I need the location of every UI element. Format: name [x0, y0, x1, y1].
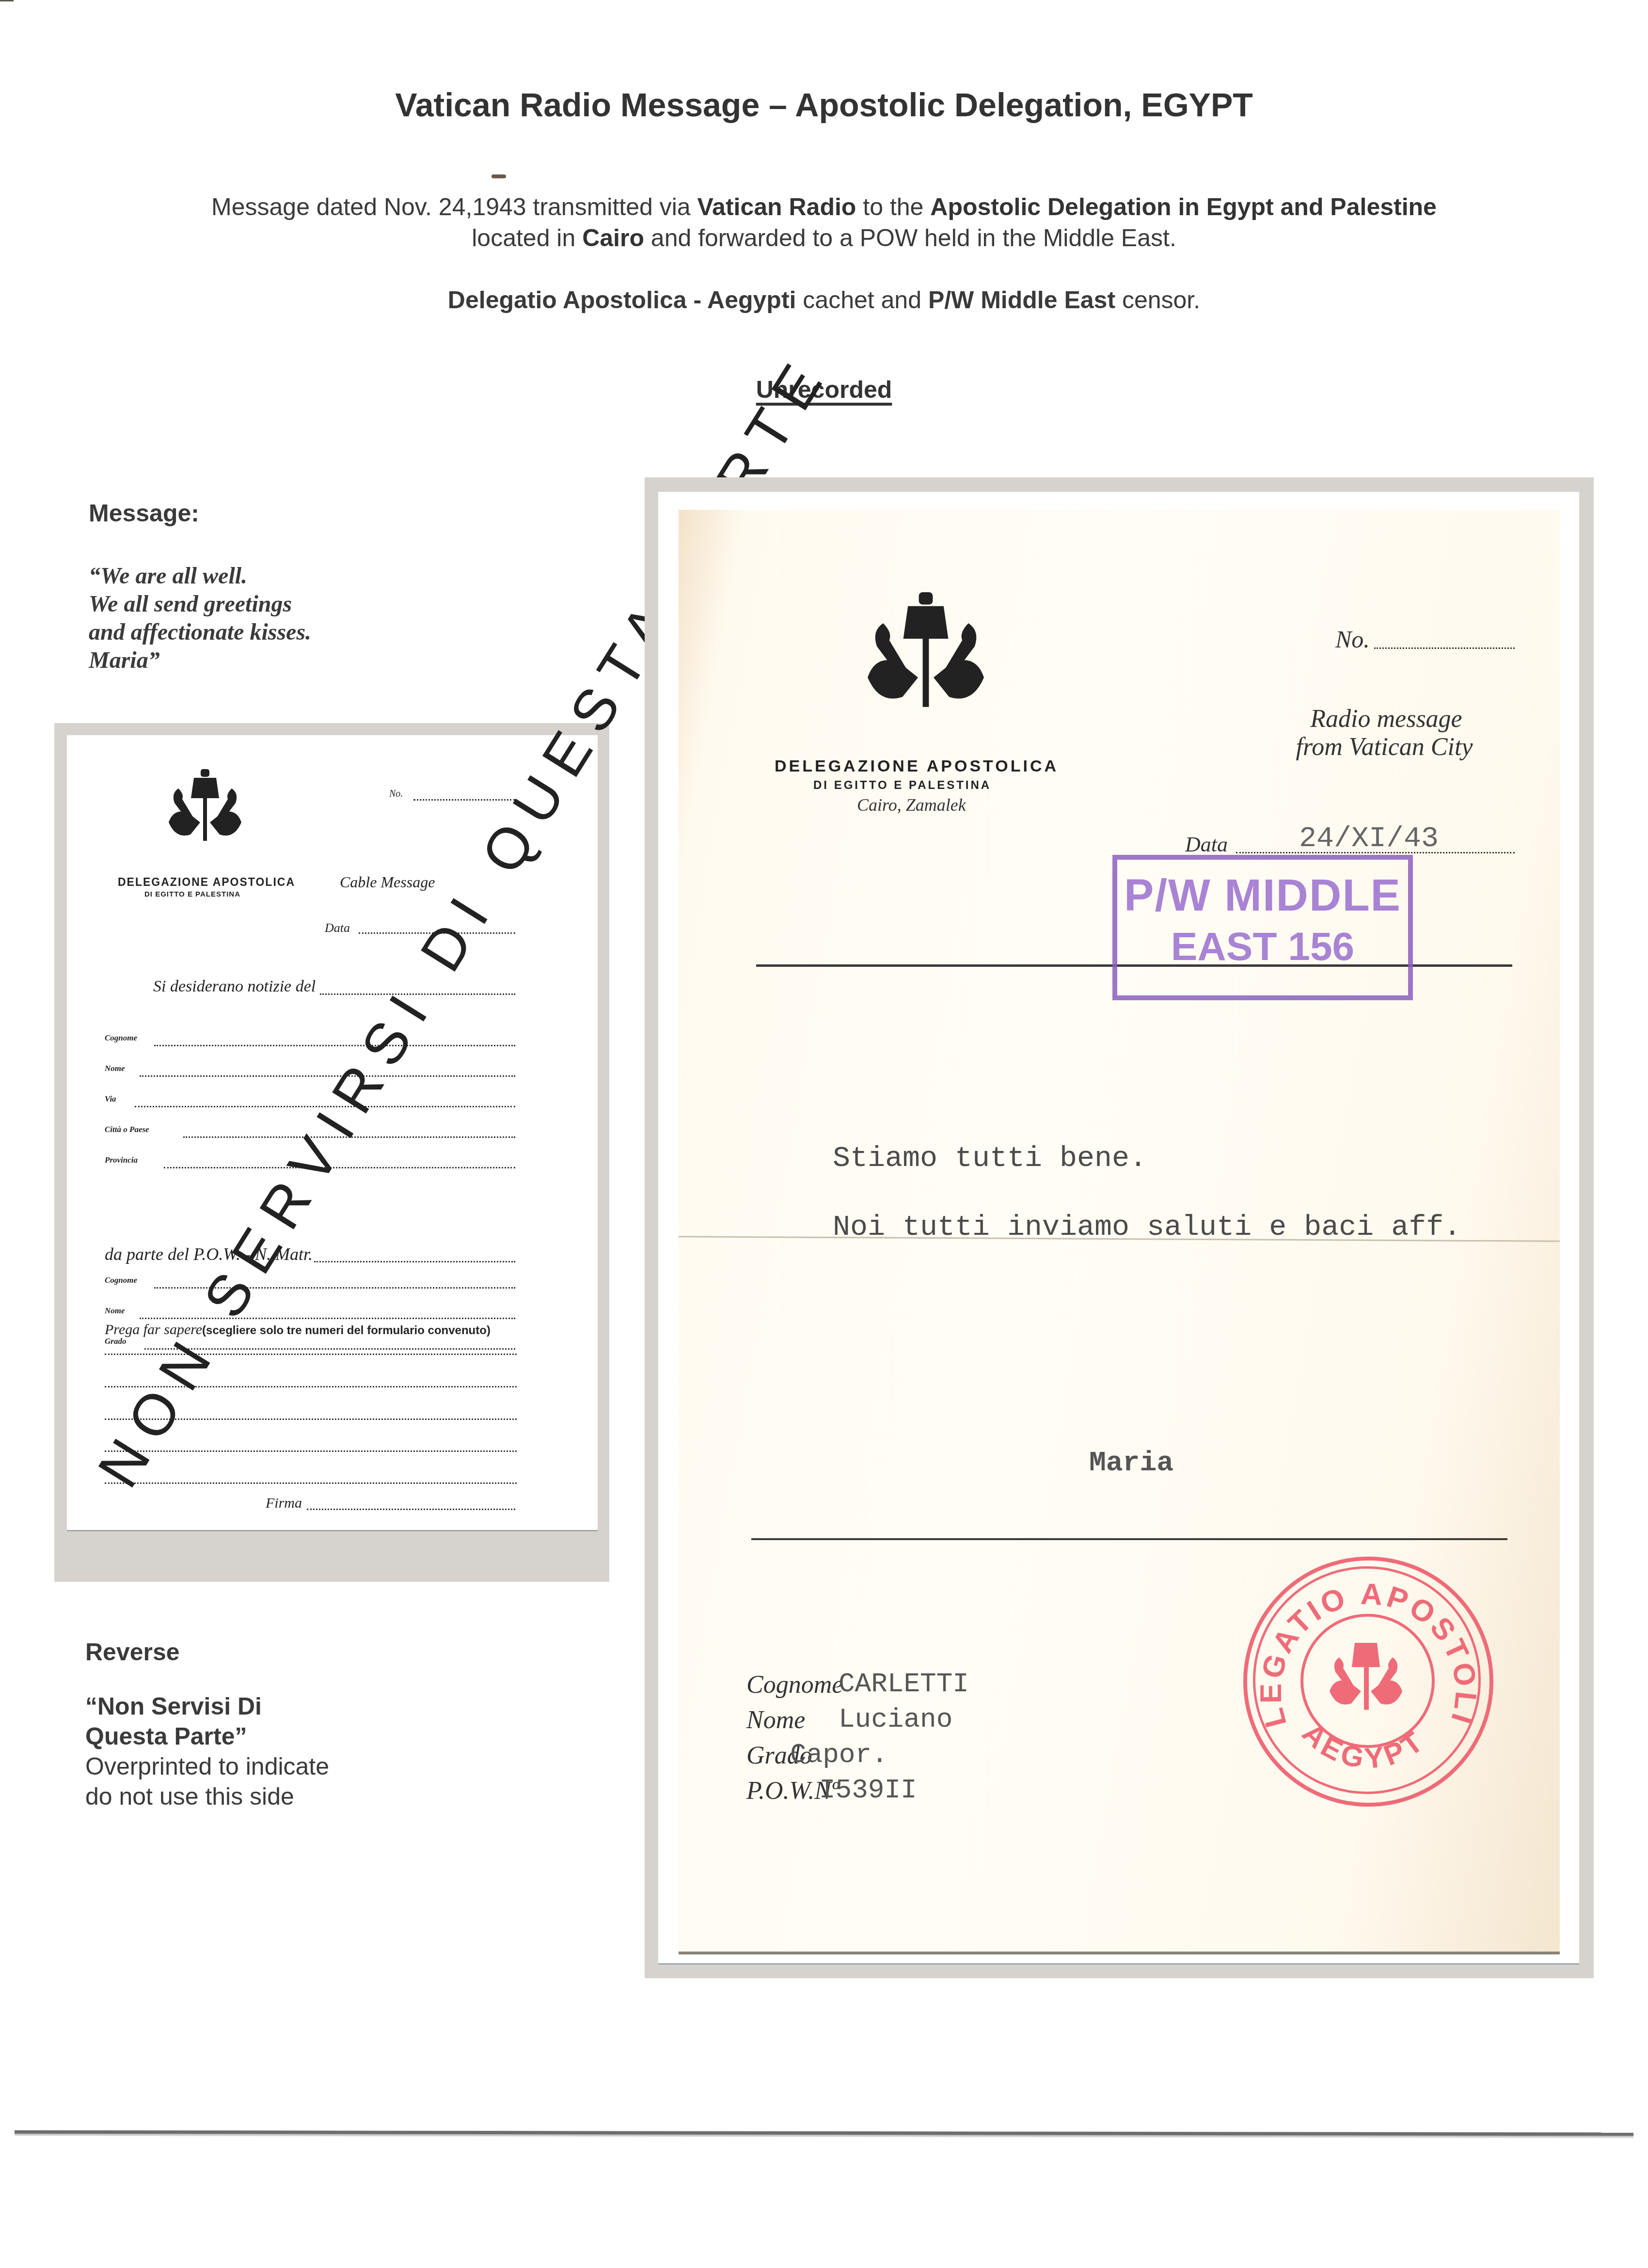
org-name: DELEGAZIONE APOSTOLICA	[118, 876, 295, 889]
reverse-title-line: Questa Parte”	[85, 1721, 329, 1751]
papal-emblem-icon	[856, 592, 996, 709]
text-run: Message dated Nov. 24,1943 transmitted v…	[211, 193, 697, 220]
field-label: Cognome	[105, 1033, 137, 1043]
decorative-mark	[491, 174, 506, 178]
reverse-description: “Non Servisi Di Questa Parte” Overprinte…	[85, 1691, 329, 1811]
emphasis-text: P/W Middle East	[928, 286, 1115, 314]
text-run: cachet and	[796, 286, 928, 314]
field-label: Città o Paese	[105, 1125, 149, 1134]
text-run: and forwarded to a POW held in the Middl…	[644, 224, 1176, 252]
field-label: Via	[105, 1094, 116, 1104]
message-heading: Message:	[89, 499, 199, 527]
recipient-value: CARLETTI	[839, 1669, 969, 1700]
page-bottom-rule	[15, 2130, 1633, 2136]
reverse-card: DELEGAZIONE APOSTOLICA DI EGITTO E PALES…	[67, 735, 598, 1530]
emphasis-text: Apostolic Delegation in Egypt and Palest…	[930, 193, 1437, 220]
recipient-value: Luciano	[839, 1704, 952, 1735]
scan-artifact	[0, 0, 14, 1]
delegation-seal: DELEGATIO APOSTOLICA AEGYPTI	[1243, 1557, 1493, 1807]
censor-line-1: P/W MIDDLE	[1117, 870, 1408, 921]
radio-message-form: DELEGAZIONE APOSTOLICA DI EGITTO E PALES…	[679, 510, 1560, 1952]
no-label: No.	[1335, 625, 1370, 653]
data-label: Data	[325, 921, 350, 935]
emphasis-text: Cairo	[582, 224, 644, 252]
rule	[751, 1538, 1507, 1540]
reverse-heading: Reverse	[85, 1638, 180, 1666]
org-subtitle: DI EGITTO E PALESTINA	[813, 779, 991, 792]
field-label: Nome	[105, 1306, 125, 1316]
recipient-label: Nome	[746, 1706, 805, 1734]
radio-heading-2: from Vatican City	[1258, 733, 1510, 761]
field-label: Cognome	[105, 1276, 137, 1285]
text-run: located in	[472, 224, 582, 252]
quote-line: and affectionate kisses.	[89, 618, 311, 646]
message-line	[105, 1482, 517, 1484]
text-run: censor.	[1115, 286, 1200, 314]
no-label: No.	[389, 788, 403, 800]
org-address: Cairo, Zamalek	[857, 795, 966, 815]
censor-stamp: P/W MIDDLE EAST 156	[1112, 855, 1413, 1000]
intro-text: Message dated Nov. 24,1943 transmitted v…	[0, 191, 1648, 253]
censor-line-2: EAST 156	[1117, 924, 1408, 970]
quote-line: “We are all well.	[89, 562, 311, 590]
recipient-label: Cognome	[746, 1670, 843, 1699]
papal-emblem-icon	[164, 769, 246, 842]
text-run: to the	[856, 193, 930, 220]
quote-line: We all send greetings	[89, 590, 311, 618]
seal-text: DELEGATIO APOSTOLICA AEGYPTI	[1247, 1560, 1490, 1803]
recipient-value: I539II	[819, 1775, 917, 1806]
intro-line-2: located in Cairo and forwarded to a POW …	[0, 222, 1648, 253]
message-body-line-1: Stiamo tutti bene.	[833, 1142, 1147, 1175]
prega-row: Prega far sapere(scegliere solo tre nume…	[105, 1322, 491, 1338]
svg-text:DELEGATIO APOSTOLICA: DELEGATIO APOSTOLICA	[1247, 1560, 1483, 1731]
date-value: 24/XI/43	[1299, 822, 1439, 855]
org-name: DELEGAZIONE APOSTOLICA	[775, 757, 1059, 776]
page-title: Vatican Radio Message – Apostolic Delega…	[0, 86, 1648, 124]
recipient-value: Capor.	[790, 1739, 888, 1770]
reverse-title-line: “Non Servisi Di	[85, 1691, 329, 1721]
signature: Maria	[1089, 1448, 1173, 1479]
no-field	[1374, 647, 1515, 649]
pow-field	[314, 1261, 515, 1262]
emphasis-text: Vatican Radio	[697, 193, 856, 220]
field-label: Nome	[105, 1064, 125, 1073]
field-line	[154, 1045, 515, 1046]
cable-message-label: Cable Message	[340, 873, 435, 891]
radio-heading-1: Radio message	[1284, 705, 1488, 733]
firma-label: Firma	[266, 1495, 302, 1512]
firma-field	[307, 1509, 515, 1510]
org-subtitle: DI EGITTO E PALESTINA	[144, 890, 240, 898]
reverse-desc-line: do not use this side	[85, 1781, 329, 1811]
cachet-description: Delegatio Apostolica - Aegypti cachet an…	[0, 286, 1648, 314]
message-quote: “We are all well. We all send greetings …	[89, 562, 311, 675]
quote-line: Maria”	[89, 646, 311, 675]
field-label: Provincia	[105, 1155, 138, 1165]
field-label: Grado	[105, 1337, 126, 1346]
intro-line-1: Message dated Nov. 24,1943 transmitted v…	[0, 191, 1648, 222]
emphasis-text: Delegatio Apostolica - Aegypti	[448, 286, 796, 314]
data-label: Data	[1185, 832, 1228, 857]
request-label: Si desiderano notizie del	[153, 977, 316, 996]
reverse-desc-line: Overprinted to indicate	[85, 1751, 329, 1781]
